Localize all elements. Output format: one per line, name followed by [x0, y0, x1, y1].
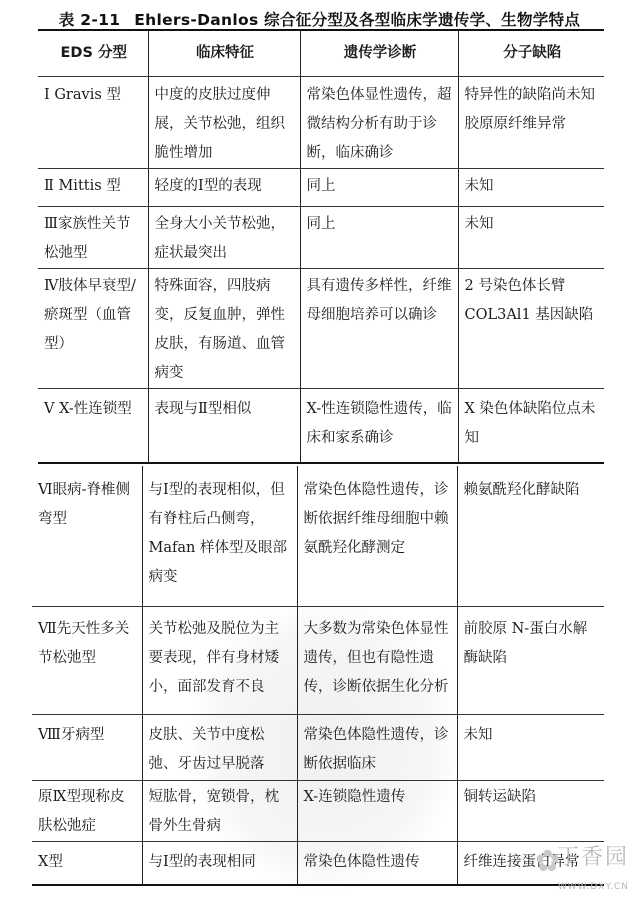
- cell-type: Ⅶ先天性多关节松弛型: [32, 606, 142, 714]
- table-header-row: EDS 分型 临床特征 遗传学诊断 分子缺陷: [38, 30, 604, 77]
- table-row: Ⅴ X-性连锁型 表现与Ⅱ型相似 X-性连锁隐性遗传，临床和家系确诊 X 染色体…: [38, 389, 604, 463]
- cell-type: Ⅷ牙病型: [32, 714, 142, 780]
- table-row: Ⅱ Mittis 型 轻度的Ⅰ型的表现 同上 未知: [38, 169, 604, 207]
- cell-type: Ⅹ型: [32, 841, 142, 885]
- table-row: Ⅳ肢体早衰型/瘀斑型（血管型） 特殊面容，四肢病变，反复血肿，弹性皮肤，有肠道、…: [38, 269, 604, 389]
- cell-genetic-diagnosis: 同上: [300, 169, 458, 207]
- cell-genetic-diagnosis: 常染色体显性遗传，超微结构分析有助于诊断，临床确诊: [300, 77, 458, 169]
- cell-molecular-defect: 赖氨酰羟化酵缺陷: [457, 466, 604, 606]
- cell-clinical: 与Ⅰ型的表现相似，但有脊柱后凸侧弯，Mafan 样体型及眼部病变: [142, 466, 297, 606]
- cell-clinical: 中度的皮肤过度伸展，关节松弛，组织脆性增加: [148, 77, 300, 169]
- cell-genetic-diagnosis: 常染色体隐性遗传，诊断依据纤维母细胞中赖氨酰羟化酵测定: [297, 466, 457, 606]
- cell-type: Ⅱ Mittis 型: [38, 169, 148, 207]
- cell-molecular-defect: 特异性的缺陷尚未知胶原原纤维异常: [458, 77, 604, 169]
- cell-molecular-defect: 未知: [458, 169, 604, 207]
- cell-molecular-defect: 未知: [457, 714, 604, 780]
- site-url: WWW.DXY.CN: [558, 882, 629, 892]
- cell-molecular-defect: 前胶原 N-蛋白水解酶缺陷: [457, 606, 604, 714]
- cell-clinical: 短肱骨，宽锁骨，枕骨外生骨病: [142, 780, 297, 841]
- cell-genetic-diagnosis: X-性连锁隐性遗传，临床和家系确诊: [300, 389, 458, 463]
- header-clinical: 临床特征: [148, 30, 300, 77]
- table-number: 表 2-11: [59, 11, 120, 29]
- cell-molecular-defect: 2 号染色体长臂 COL3Al1 基因缺陷: [458, 269, 604, 389]
- cell-type: Ⅴ X-性连锁型: [38, 389, 148, 463]
- cell-type: Ⅵ眼病-脊椎侧弯型: [32, 466, 142, 606]
- header-eds-type: EDS 分型: [38, 30, 148, 77]
- table-row: Ⅲ家族性关节松弛型 全身大小关节松弛，症状最突出 同上 未知: [38, 207, 604, 269]
- eds-table-upper: EDS 分型 临床特征 遗传学诊断 分子缺陷 Ⅰ Gravis 型 中度的皮肤过…: [38, 29, 604, 464]
- table-row: Ⅷ牙病型 皮肤、关节中度松弛、牙齿过早脱落 常染色体隐性遗传，诊断依据临床 未知: [32, 714, 604, 780]
- table-row: Ⅵ眼病-脊椎侧弯型 与Ⅰ型的表现相似，但有脊柱后凸侧弯，Mafan 样体型及眼部…: [32, 466, 604, 606]
- table-caption: 表 2-11Ehlers-Danlos 综合征分型及各型临床学遗传学、生物学特点: [0, 8, 639, 30]
- table-title: Ehlers-Danlos 综合征分型及各型临床学遗传学、生物学特点: [134, 11, 580, 29]
- cell-clinical: 关节松弛及脱位为主要表现，伴有身材矮小，面部发育不良: [142, 606, 297, 714]
- cell-genetic-diagnosis: X-连锁隐性遗传: [297, 780, 457, 841]
- cell-genetic-diagnosis: 同上: [300, 207, 458, 269]
- cell-genetic-diagnosis: 常染色体隐性遗传，诊断依据临床: [297, 714, 457, 780]
- table-row: Ⅹ型 与Ⅰ型的表现相同 常染色体隐性遗传 纤维连接蛋白异常: [32, 841, 604, 885]
- header-genetic-diagnosis: 遗传学诊断: [300, 30, 458, 77]
- table-row: 原Ⅸ型现称皮肤松弛症 短肱骨，宽锁骨，枕骨外生骨病 X-连锁隐性遗传 铜转运缺陷: [32, 780, 604, 841]
- cell-clinical: 特殊面容，四肢病变，反复血肿，弹性皮肤，有肠道、血管病变: [148, 269, 300, 389]
- cell-type: Ⅲ家族性关节松弛型: [38, 207, 148, 269]
- cell-clinical: 表现与Ⅱ型相似: [148, 389, 300, 463]
- cell-type: Ⅰ Gravis 型: [38, 77, 148, 169]
- cell-clinical: 皮肤、关节中度松弛、牙齿过早脱落: [142, 714, 297, 780]
- site-name: 丁香园: [557, 840, 629, 871]
- cell-molecular-defect: X 染色体缺陷位点未知: [458, 389, 604, 463]
- table-row: Ⅰ Gravis 型 中度的皮肤过度伸展，关节松弛，组织脆性增加 常染色体显性遗…: [38, 77, 604, 169]
- cell-type: Ⅳ肢体早衰型/瘀斑型（血管型）: [38, 269, 148, 389]
- cell-clinical: 与Ⅰ型的表现相同: [142, 841, 297, 885]
- eds-table-lower: Ⅵ眼病-脊椎侧弯型 与Ⅰ型的表现相似，但有脊柱后凸侧弯，Mafan 样体型及眼部…: [32, 466, 604, 886]
- cell-clinical: 轻度的Ⅰ型的表现: [148, 169, 300, 207]
- cell-genetic-diagnosis: 大多数为常染色体显性遗传，但也有隐性遗传，诊断依据生化分析: [297, 606, 457, 714]
- cell-molecular-defect: 铜转运缺陷: [457, 780, 604, 841]
- cell-molecular-defect: 未知: [458, 207, 604, 269]
- cell-genetic-diagnosis: 具有遗传多样性，纤维母细胞培养可以确诊: [300, 269, 458, 389]
- cell-clinical: 全身大小关节松弛，症状最突出: [148, 207, 300, 269]
- cell-type: 原Ⅸ型现称皮肤松弛症: [32, 780, 142, 841]
- header-molecular-defect: 分子缺陷: [458, 30, 604, 77]
- table-row: Ⅶ先天性多关节松弛型 关节松弛及脱位为主要表现，伴有身材矮小，面部发育不良 大多…: [32, 606, 604, 714]
- site-watermark-logo: ✿ 丁香园 WWW.DXY.CN: [523, 840, 633, 892]
- cell-genetic-diagnosis: 常染色体隐性遗传: [297, 841, 457, 885]
